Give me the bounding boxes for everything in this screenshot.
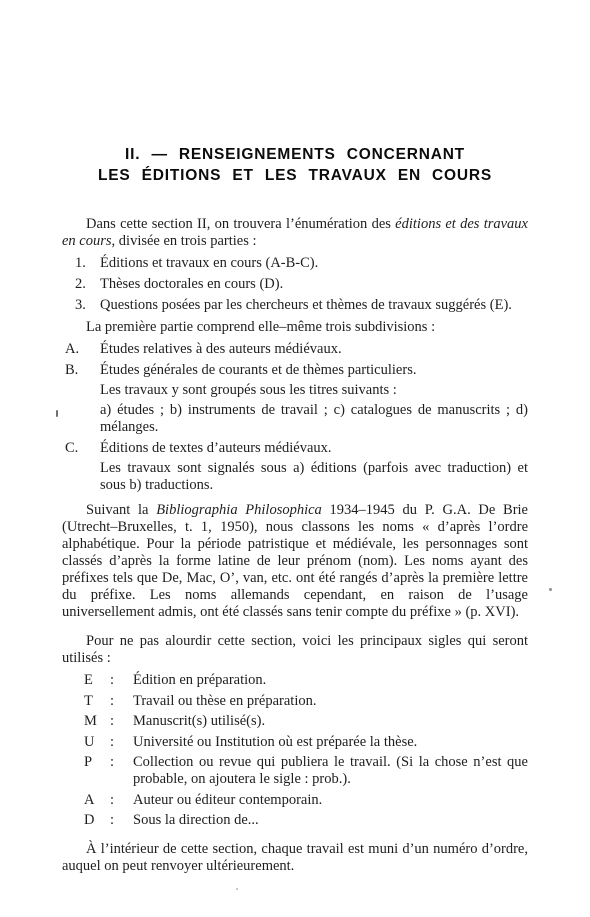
scan-speck	[236, 888, 238, 890]
sigle-row-u: U : Université ou Institution où est pré…	[62, 734, 528, 751]
sigle-letter: E	[84, 672, 110, 689]
subdivision-c: C. Éditions de textes d’auteurs médiévau…	[62, 440, 528, 494]
subdivision-b-line3: a) études ; b) instruments de travail ; …	[100, 402, 528, 436]
sigle-definition: Travail ou thèse en préparation.	[133, 693, 528, 710]
closing-paragraph: À l’intérieur de cette section, chaque t…	[62, 841, 528, 875]
parts-numbered-list: 1. Éditions et travaux en cours (A-B-C).…	[62, 255, 528, 314]
sigle-definition: Sous la direction de...	[133, 812, 528, 829]
sigle-separator: :	[110, 672, 133, 689]
scanned-document-page: II. — RENSEIGNEMENTS CONCERNANT LES ÉDIT…	[62, 0, 528, 875]
list-item-3: 3. Questions posées par les chercheurs e…	[62, 297, 528, 314]
subdivision-c-line2: Les travaux sont signalés sous a) éditio…	[100, 460, 528, 494]
sigle-separator: :	[110, 693, 133, 710]
list-item-2: 2. Thèses doctorales en cours (D).	[62, 276, 528, 293]
subdivision-c-text: Éditions de textes d’auteurs médiévaux. …	[100, 440, 528, 494]
subdivision-a-marker: A.	[62, 341, 100, 358]
list-item-1-text: Éditions et travaux en cours (A-B-C).	[100, 255, 528, 272]
sigle-separator: :	[110, 792, 133, 809]
list-item-1-marker: 1.	[62, 255, 100, 272]
sigle-separator: :	[110, 812, 133, 829]
sigle-separator: :	[110, 754, 133, 771]
subdivision-b-marker: B.	[62, 362, 100, 379]
sigle-separator: :	[110, 734, 133, 751]
intro-text-start: Dans cette section II, on trouvera l’énu…	[86, 216, 395, 232]
subdivision-c-marker: C.	[62, 440, 100, 457]
list-item-2-marker: 2.	[62, 276, 100, 293]
sigle-definition: Manuscrit(s) utilisé(s).	[133, 713, 528, 730]
subdivision-b-line2: Les travaux y sont groupés sous les titr…	[100, 382, 528, 399]
intro-paragraph: Dans cette section II, on trouvera l’énu…	[62, 216, 528, 250]
sigle-definition: Édition en préparation.	[133, 672, 528, 689]
sigle-letter: P	[84, 754, 110, 771]
sigle-letter: A	[84, 792, 110, 809]
sigle-definition: Auteur ou éditeur contemporain.	[133, 792, 528, 809]
section-heading-line2: LES ÉDITIONS ET LES TRAVAUX EN COURS	[62, 165, 528, 186]
sigle-letter: D	[84, 812, 110, 829]
subdivision-c-line1: Éditions de textes d’auteurs médiévaux.	[100, 440, 528, 457]
classification-text-end: 1934–1945 du P. G.A. De Brie (Utrecht–Br…	[62, 502, 528, 620]
sigle-row-a: A : Auteur ou éditeur contemporain.	[62, 792, 528, 809]
section-heading: II. — RENSEIGNEMENTS CONCERNANT LES ÉDIT…	[62, 144, 528, 186]
sigle-letter: T	[84, 693, 110, 710]
sigle-letter: M	[84, 713, 110, 730]
subdivision-b-line1: Études générales de courants et de thème…	[100, 362, 528, 379]
list-item-2-text: Thèses doctorales en cours (D).	[100, 276, 528, 293]
scan-speck	[56, 410, 58, 417]
sigle-row-m: M : Manuscrit(s) utilisé(s).	[62, 713, 528, 730]
classification-paragraph: Suivant la Bibliographia Philosophica 19…	[62, 502, 528, 621]
sigles-legend: E : Édition en préparation. T : Travail …	[62, 672, 528, 829]
subdivisions-lettered-list: A. Études relatives à des auteurs médiév…	[62, 341, 528, 494]
subdivision-b-text: Études générales de courants et de thème…	[100, 362, 528, 436]
sigle-separator: :	[110, 713, 133, 730]
sigle-row-d: D : Sous la direction de...	[62, 812, 528, 829]
sigles-intro-paragraph: Pour ne pas alourdir cette section, voic…	[62, 633, 528, 667]
classification-text-start: Suivant la	[86, 502, 156, 518]
subdivision-b: B. Études générales de courants et de th…	[62, 362, 528, 436]
sigle-definition: Collection ou revue qui publiera le trav…	[133, 754, 528, 788]
subdivision-a-text: Études relatives à des auteurs médiévaux…	[100, 341, 528, 358]
classification-italic-title: Bibliographia Philosophica	[156, 502, 322, 518]
intro-text-end: , divisée en trois parties :	[112, 233, 257, 249]
sigle-row-e: E : Édition en préparation.	[62, 672, 528, 689]
list-item-1: 1. Éditions et travaux en cours (A-B-C).	[62, 255, 528, 272]
section-heading-line1: II. — RENSEIGNEMENTS CONCERNANT	[62, 144, 528, 165]
subdivision-a: A. Études relatives à des auteurs médiév…	[62, 341, 528, 358]
list-item-3-marker: 3.	[62, 297, 100, 314]
sigle-letter: U	[84, 734, 110, 751]
sigle-row-p: P : Collection ou revue qui publiera le …	[62, 754, 528, 788]
scan-speck	[549, 588, 552, 591]
subdivisions-intro-paragraph: La première partie comprend elle–même tr…	[62, 319, 528, 336]
sigle-row-t: T : Travail ou thèse en préparation.	[62, 693, 528, 710]
sigle-definition: Université ou Institution où est préparé…	[133, 734, 528, 751]
list-item-3-text: Questions posées par les chercheurs et t…	[100, 297, 528, 314]
